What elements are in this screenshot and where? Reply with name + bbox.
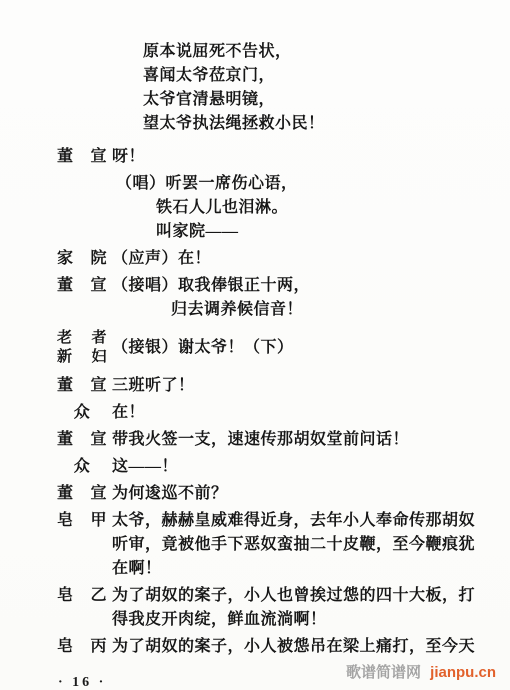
watermark-site-name: 歌谱简谱网 bbox=[346, 664, 421, 681]
speaker-label: 董宣 bbox=[57, 428, 107, 452]
lyric-text: 铁石人儿也泪淋。 bbox=[156, 196, 288, 220]
script-line: 皂丙 为了胡奴的案子，小人被怹吊在梁上痛打，至今天 bbox=[0, 635, 510, 659]
speaker-label-stacked: 老者 新妇 bbox=[57, 329, 107, 367]
dialogue-text: 呀！ bbox=[112, 145, 145, 169]
watermark-site-url: jianpu.cn bbox=[430, 664, 496, 681]
lyric-text: （唱）听罢一席伤心语， bbox=[116, 172, 298, 196]
lyric-text: 喜闻太爷莅京门， bbox=[143, 64, 275, 88]
script-line: 老者 新妇 （接银）谢太爷！（下） bbox=[0, 325, 510, 371]
lyric-text: 原本说屈死不告状， bbox=[143, 40, 292, 64]
book-page: 原本说屈死不告状， 喜闻太爷莅京门， 太爷官清悬明镜， 望太爷执法绳拯救小民！ … bbox=[0, 0, 510, 690]
speaker-label: 董宣 bbox=[57, 145, 107, 169]
script-line: 众 这——！ bbox=[0, 455, 510, 479]
dialogue-text: 太爷，赫赫皇威难得近身，去年小人奉命传那胡奴 bbox=[112, 509, 475, 533]
dialogue-text: 在！ bbox=[112, 401, 145, 425]
script-line: 家院 （应声）在！ bbox=[0, 247, 510, 271]
script-line: 董宣 呀！ bbox=[0, 145, 510, 169]
script-line: 董宣 （接唱）取我俸银正十两， bbox=[0, 274, 510, 298]
lyric-text: 太爷官清悬明镜， bbox=[143, 88, 275, 112]
dialogue-continuation: 听审，竟被他手下恶奴蛮抽二十皮鞭，至今鞭痕犹 bbox=[0, 533, 510, 557]
dialogue-text: 为了胡奴的案子，小人被怹吊在梁上痛打，至今天 bbox=[112, 635, 475, 659]
lyric-line: （唱）听罢一席伤心语， bbox=[0, 172, 510, 196]
speaker-label: 董宣 bbox=[57, 274, 107, 298]
dialogue-text: （接唱）取我俸银正十两， bbox=[112, 274, 310, 298]
script-line: 董宣 带我火签一支，速速传那胡奴堂前问话！ bbox=[0, 428, 510, 452]
dialogue-text: 为何逡巡不前？ bbox=[112, 482, 228, 506]
dialogue-text: 带我火签一支，速速传那胡奴堂前问话！ bbox=[112, 428, 409, 452]
lyric-line: 太爷官清悬明镜， bbox=[0, 88, 510, 112]
speaker-label: 新妇 bbox=[57, 348, 107, 367]
dialogue-continuation: 得我皮开肉绽，鲜血流淌啊！ bbox=[0, 608, 510, 632]
lyric-line: 叫家院—— bbox=[0, 220, 510, 244]
speaker-label: 家院 bbox=[57, 247, 107, 271]
dialogue-text: 听审，竟被他手下恶奴蛮抽二十皮鞭，至今鞭痕犹 bbox=[112, 533, 475, 557]
lyric-text: 归去调养候信音！ bbox=[171, 298, 303, 322]
dialogue-text: 得我皮开肉绽，鲜血流淌啊！ bbox=[112, 608, 327, 632]
script-line: 董宣 三班听了！ bbox=[0, 374, 510, 398]
dialogue-text: 为了胡奴的案子，小人也曾挨过怹的四十大板，打 bbox=[112, 584, 475, 608]
script-line: 皂乙 为了胡奴的案子，小人也曾挨过怹的四十大板，打 bbox=[0, 584, 510, 608]
lyric-line: 望太爷执法绳拯救小民！ bbox=[0, 112, 510, 136]
speaker-label: 老者 bbox=[57, 329, 107, 348]
speaker-label: 众 bbox=[57, 401, 107, 425]
dialogue-text: （接银）谢太爷！（下） bbox=[112, 336, 294, 360]
lyric-text: 望太爷执法绳拯救小民！ bbox=[143, 112, 325, 136]
lyric-line: 归去调养候信音！ bbox=[0, 298, 510, 322]
lyric-text: 叫家院—— bbox=[156, 220, 239, 244]
speaker-label: 皂丙 bbox=[57, 635, 107, 659]
lyric-line: 原本说屈死不告状， bbox=[0, 40, 510, 64]
dialogue-continuation: 在啊！ bbox=[0, 557, 510, 581]
script-line: 皂甲 太爷，赫赫皇威难得近身，去年小人奉命传那胡奴 bbox=[0, 509, 510, 533]
speaker-label: 众 bbox=[57, 455, 107, 479]
dialogue-text: 三班听了！ bbox=[112, 374, 195, 398]
lyric-line: 喜闻太爷莅京门， bbox=[0, 64, 510, 88]
speaker-label: 董宣 bbox=[57, 374, 107, 398]
dialogue-text: （应声）在！ bbox=[112, 247, 211, 271]
script-line: 众 在！ bbox=[0, 401, 510, 425]
speaker-label: 皂乙 bbox=[57, 584, 107, 608]
dialogue-text: 在啊！ bbox=[112, 557, 162, 581]
script-line: 董宣 为何逡巡不前？ bbox=[0, 482, 510, 506]
lyric-line: 铁石人儿也泪淋。 bbox=[0, 196, 510, 220]
speaker-label: 皂甲 bbox=[57, 509, 107, 533]
dialogue-text: 这——！ bbox=[112, 455, 178, 479]
watermark: 歌谱简谱网 jianpu.cn bbox=[346, 661, 496, 682]
speaker-label: 董宣 bbox=[57, 482, 107, 506]
